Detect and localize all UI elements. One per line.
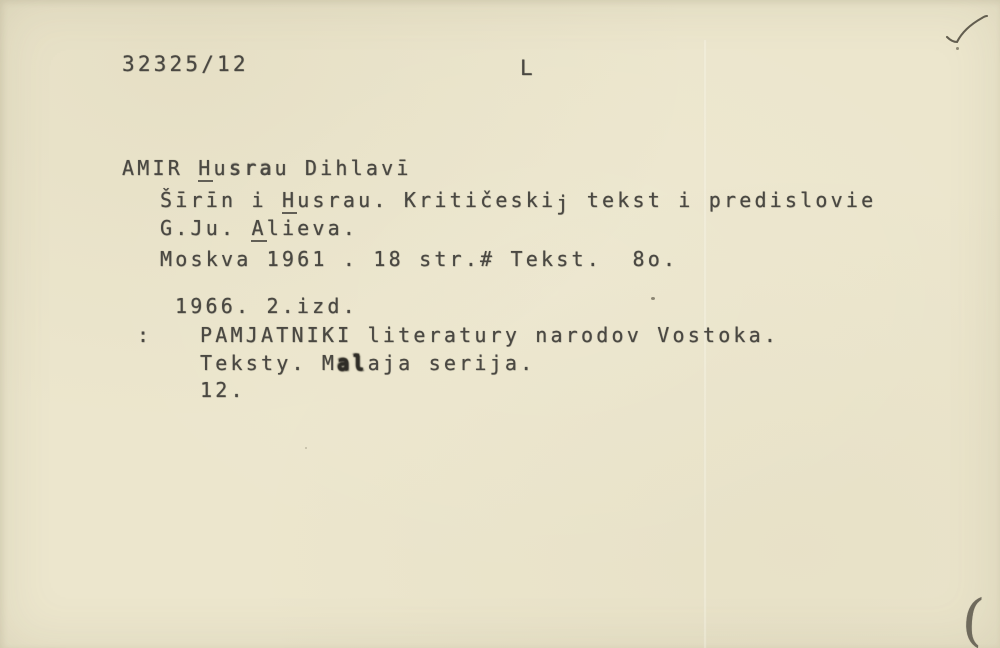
title-line: Šīrīn i Husrau. Kritičeskij tekst i pred… <box>160 189 876 212</box>
catalog-card: 32325/12 L AMIR Husrau Dihlavī Šīrīn i H… <box>0 0 1000 648</box>
series-line1: PAMJATNIKI literatury narodov Vostoka. <box>200 324 779 347</box>
series-line2-ink-blot: al <box>337 351 367 375</box>
series-line2: Teksty. Malaja serija. <box>200 352 535 375</box>
series-colon: : <box>137 324 152 347</box>
series-line2-part0: Teksty. M <box>200 351 337 375</box>
paper-speck <box>305 447 307 449</box>
series-line3: 12. <box>200 379 246 402</box>
author-part0: G.Ju. <box>160 216 251 240</box>
title-part0: Šīrīn i <box>160 188 282 212</box>
checkmark-icon <box>938 6 990 56</box>
series-line2-part1: aja serija. <box>368 351 536 375</box>
heading-part2: u Dihlavī <box>274 156 411 180</box>
heading-underlined-h: H <box>198 156 213 182</box>
title-lowered-j: j <box>556 191 571 215</box>
call-number: 32325/12 <box>122 52 249 76</box>
edition-line: 1966. 2.izd. <box>175 295 358 318</box>
title-part1: usrau. Kritičeski <box>297 188 556 212</box>
heading-prefix: AMIR <box>122 156 198 180</box>
heading-part1: u <box>213 156 228 180</box>
author-underlined-a: A <box>251 216 266 242</box>
heading-overstrike: sra <box>229 156 275 180</box>
title-underlined-h: H <box>282 188 297 214</box>
title-part2: tekst i predislovie <box>572 188 877 212</box>
section-letter: L <box>520 56 536 80</box>
heading-line: AMIR Husrau Dihlavī <box>122 157 412 180</box>
imprint-line: Moskva 1961 . 18 str.# Tekst. 8o. <box>160 248 678 271</box>
author-line: G.Ju. Alieva. <box>160 217 358 240</box>
author-part1: lieva. <box>267 216 358 240</box>
pencil-paren-mark: ( <box>960 587 986 648</box>
paper-speck <box>651 297 655 300</box>
